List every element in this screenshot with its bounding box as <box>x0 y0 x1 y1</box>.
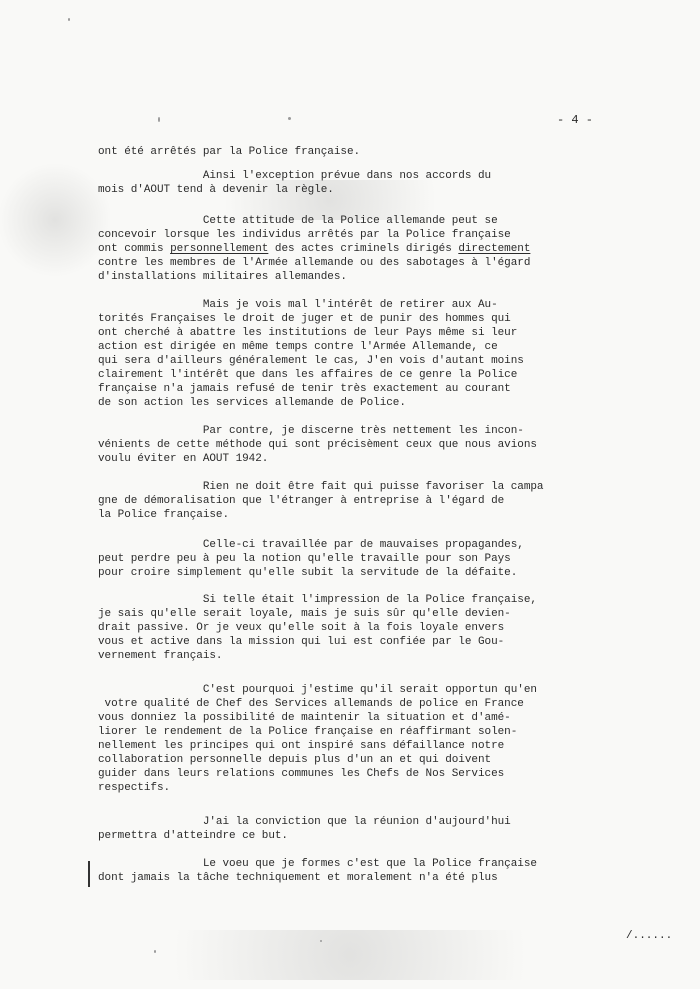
text-line: pour croire simplement qu'elle subit la … <box>98 566 524 580</box>
text-line: gne de démoralisation que l'étranger à e… <box>98 494 543 508</box>
text-line: vernement français. <box>98 649 537 663</box>
text-line: Si telle était l'impression de la Police… <box>98 593 537 607</box>
text-line: C'est pourquoi j'estime qu'il serait opp… <box>98 683 537 697</box>
text-line: liorer le rendement de la Police françai… <box>98 725 537 739</box>
scanned-document-page: - 4 - ont été arrêtés par la Police fran… <box>0 0 700 989</box>
scan-speck <box>320 940 322 942</box>
paragraph-2: Ainsi l'exception prévue dans nos accord… <box>98 169 491 197</box>
text-line: dont jamais la tâche techniquement et mo… <box>98 871 537 885</box>
underlined-word: personnellement <box>170 243 268 255</box>
margin-bar-mark <box>88 861 90 887</box>
scan-speck <box>158 117 160 122</box>
paragraph-1: ont été arrêtés par la Police française. <box>98 145 360 159</box>
text-line: Cette attitude de la Police allemande pe… <box>98 214 530 228</box>
text-line: voulu éviter en AOUT 1942. <box>98 452 537 466</box>
paragraph-8: Si telle était l'impression de la Police… <box>98 593 537 663</box>
paragraph-9: C'est pourquoi j'estime qu'il serait opp… <box>98 683 537 795</box>
text-line: je sais qu'elle serait loyale, mais je s… <box>98 607 537 621</box>
text-line: contre les membres de l'Armée allemande … <box>98 256 530 270</box>
text-line: française n'a jamais refusé de tenir trè… <box>98 382 524 396</box>
page-number: - 4 - <box>557 113 593 127</box>
text-line: Par contre, je discerne très nettement l… <box>98 424 537 438</box>
text-line: concevoir lorsque les individus arrêtés … <box>98 228 530 242</box>
scan-smudge <box>100 930 600 980</box>
text-line: respectifs. <box>98 781 537 795</box>
scan-speck <box>288 117 291 120</box>
text-line: J'ai la conviction que la réunion d'aujo… <box>98 815 511 829</box>
text-line: de son action les services allemande de … <box>98 396 524 410</box>
paragraph-5: Par contre, je discerne très nettement l… <box>98 424 537 466</box>
continuation-mark: /...... <box>626 930 672 942</box>
text-line: d'installations militaires allemandes. <box>98 270 530 284</box>
text-line: vous et active dans la mission qui lui e… <box>98 635 537 649</box>
text-line: Mais je vois mal l'intérêt de retirer au… <box>98 298 524 312</box>
paragraph-7: Celle-ci travaillée par de mauvaises pro… <box>98 538 524 580</box>
paragraph-11: Le voeu que je formes c'est que la Polic… <box>98 857 537 885</box>
text-line: ont cherché à abattre les institutions d… <box>98 326 524 340</box>
text-line: drait passive. Or je veux qu'elle soit à… <box>98 621 537 635</box>
text-line-with-underline: ont commis personnellement des actes cri… <box>98 242 530 256</box>
text-line: la Police française. <box>98 508 543 522</box>
underlined-word: directement <box>458 243 530 255</box>
text-line: action est dirigée en même temps contre … <box>98 340 524 354</box>
text-line: votre qualité de Chef des Services allem… <box>98 697 537 711</box>
paragraph-6: Rien ne doit être fait qui puisse favori… <box>98 480 543 522</box>
text-line: collaboration personnelle depuis plus d'… <box>98 753 537 767</box>
scan-speck <box>154 950 156 953</box>
text-line: Ainsi l'exception prévue dans nos accord… <box>98 169 491 183</box>
paragraph-3: Cette attitude de la Police allemande pe… <box>98 214 530 284</box>
text-line: ont été arrêtés par la Police française. <box>98 145 360 159</box>
text-line: peut perdre peu à peu la notion qu'elle … <box>98 552 524 566</box>
text-line: mois d'AOUT tend à devenir la règle. <box>98 183 491 197</box>
text-line: vous donniez la possibilité de maintenir… <box>98 711 537 725</box>
text-line: Le voeu que je formes c'est que la Polic… <box>98 857 537 871</box>
text-line: clairement l'intérêt que dans les affair… <box>98 368 524 382</box>
text-line: qui sera d'ailleurs généralement le cas,… <box>98 354 524 368</box>
text-line: Celle-ci travaillée par de mauvaises pro… <box>98 538 524 552</box>
text-line: Rien ne doit être fait qui puisse favori… <box>98 480 543 494</box>
paragraph-4: Mais je vois mal l'intérêt de retirer au… <box>98 298 524 410</box>
text-line: permettra d'atteindre ce but. <box>98 829 511 843</box>
text-line: guider dans leurs relations communes les… <box>98 767 537 781</box>
scan-speck <box>68 18 70 21</box>
text-run: des actes criminels dirigés <box>268 243 458 255</box>
paragraph-10: J'ai la conviction que la réunion d'aujo… <box>98 815 511 843</box>
text-run: ont commis <box>98 243 170 255</box>
text-line: torités Françaises le droit de juger et … <box>98 312 524 326</box>
scan-smudge <box>0 160 110 280</box>
text-line: vénients de cette méthode qui sont préci… <box>98 438 537 452</box>
text-line: nellement les principes qui ont inspiré … <box>98 739 537 753</box>
